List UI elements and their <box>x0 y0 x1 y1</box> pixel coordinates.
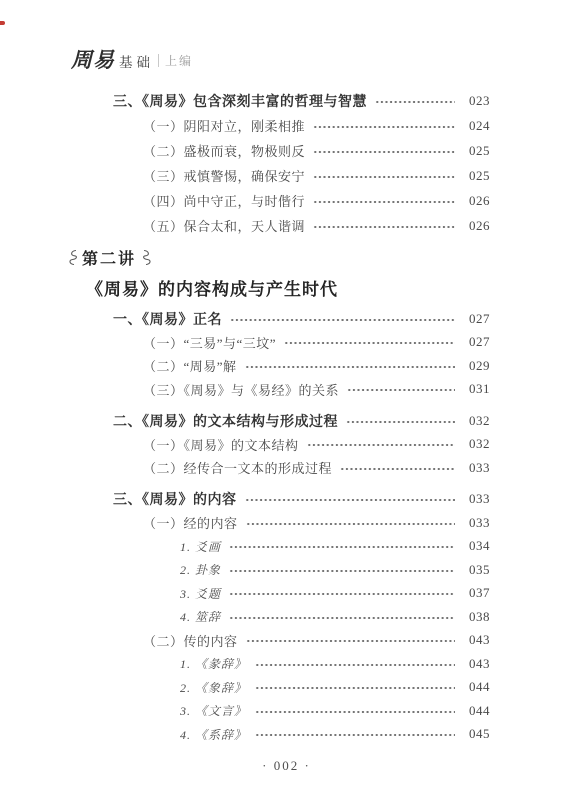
toc-entry: 2. 卦象035 <box>0 558 573 582</box>
toc-entry-page: 044 <box>462 679 490 695</box>
toc-entry-label: （五）保合太和，天人谐调 <box>143 216 305 235</box>
toc-entry: 三、《周易》包含深刻丰富的哲理与智慧023 <box>0 88 573 113</box>
toc-entry: （三）《周易》与《易经》的关系031 <box>0 378 573 402</box>
toc-entry: 1. 爻画034 <box>0 535 573 559</box>
toc-entry-page: 038 <box>462 609 490 625</box>
dot-leader <box>245 360 455 374</box>
dot-leader <box>284 336 455 350</box>
book-title-suffix: 基础 <box>119 51 154 71</box>
toc-entry-page: 037 <box>462 585 490 601</box>
page-number: · 002 · <box>262 758 311 773</box>
dot-leader <box>313 220 455 234</box>
toc-entry-label: （四）尚中守正，与时偕行 <box>143 191 305 210</box>
flourish-left-icon <box>66 249 78 266</box>
toc-entry-label: 4. 筮辞 <box>180 608 221 625</box>
dot-leader <box>375 95 455 109</box>
toc-entry-page: 025 <box>462 143 490 159</box>
toc-entry: （一）《周易》的文本结构032 <box>0 433 573 457</box>
header-divider <box>158 54 159 67</box>
book-title-script: 周易 <box>71 44 115 74</box>
dot-leader <box>313 145 455 159</box>
toc-entry-page: 023 <box>462 93 490 109</box>
lecture-number-row: 第二讲 <box>66 246 573 268</box>
toc-entry-page: 033 <box>462 515 490 531</box>
toc-entry: （二）经传合一文本的形成过程033 <box>0 456 573 480</box>
page-edge-mark <box>0 21 5 25</box>
toc-entry: （一）阴阳对立，刚柔相推024 <box>0 113 573 138</box>
toc-entry-page: 032 <box>462 413 490 429</box>
dot-leader <box>246 634 455 648</box>
toc-entry: 三、《周易》的内容033 <box>0 488 573 512</box>
toc-entry-label: （一）经的内容 <box>143 513 238 532</box>
toc-entry-page: 034 <box>462 538 490 554</box>
toc-entry-label: （一）“三易”与“三坟” <box>143 333 276 352</box>
toc-entry: （五）保合太和，天人谐调026 <box>0 213 573 238</box>
toc-entry-label: 2. 卦象 <box>180 561 221 578</box>
dot-leader <box>229 587 455 601</box>
toc-entry-label: （一）《周易》的文本结构 <box>143 435 299 454</box>
toc-entry-label: 2. 《象辞》 <box>180 679 247 696</box>
toc-entry: （二）传的内容043 <box>0 629 573 653</box>
toc-entry-label: 3. 爻题 <box>180 585 221 602</box>
toc-entry: （二）盛极而衰，物极则反025 <box>0 138 573 163</box>
toc-entry-label: 4. 《系辞》 <box>180 726 247 743</box>
dot-leader <box>230 313 455 327</box>
dot-leader <box>255 681 455 695</box>
dot-leader <box>313 170 455 184</box>
edition-label: 上编 <box>165 52 193 69</box>
table-of-contents: 三、《周易》包含深刻丰富的哲理与智慧023（一）阴阳对立，刚柔相推024（二）盛… <box>0 88 573 746</box>
toc-entry: （一）经的内容033 <box>0 511 573 535</box>
toc-entry-label: 三、《周易》的内容 <box>113 489 237 509</box>
flourish-right-icon <box>142 249 154 266</box>
toc-entry: 3. 《文言》044 <box>0 699 573 723</box>
toc-entry-page: 033 <box>462 491 490 507</box>
dot-leader <box>313 195 455 209</box>
dot-leader <box>229 540 455 554</box>
toc-entry: 1. 《彖辞》043 <box>0 652 573 676</box>
toc-entry-label: （二）经传合一文本的形成过程 <box>143 458 332 477</box>
toc-entry-page: 035 <box>462 562 490 578</box>
dot-leader <box>229 611 455 625</box>
toc-entry-label: （三）《周易》与《易经》的关系 <box>143 380 339 399</box>
toc-entry-label: （一）阴阳对立，刚柔相推 <box>143 116 305 135</box>
toc-entry-label: （二）盛极而衰，物极则反 <box>143 141 305 160</box>
toc-entry-page: 027 <box>462 334 490 350</box>
dot-leader <box>255 705 455 719</box>
toc-entry-label: 三、《周易》包含深刻丰富的哲理与智慧 <box>113 91 367 111</box>
page-footer: · 002 · <box>0 758 573 774</box>
dot-leader <box>255 728 455 742</box>
toc-entry: 二、《周易》的文本结构与形成过程032 <box>0 409 573 433</box>
dot-leader <box>340 462 455 476</box>
toc-entry: 3. 爻题037 <box>0 582 573 606</box>
toc-entry-page: 043 <box>462 656 490 672</box>
toc-entry-label: 二、《周易》的文本结构与形成过程 <box>113 411 338 431</box>
lecture-number: 第二讲 <box>82 246 136 269</box>
toc-entry-label: （三）戒慎警惕，确保安宁 <box>143 166 305 185</box>
toc-entry-page: 029 <box>462 358 490 374</box>
book-page: 周易 基础 上编 三、《周易》包含深刻丰富的哲理与智慧023（一）阴阳对立，刚柔… <box>0 0 573 800</box>
toc-entry-label: 一、《周易》正名 <box>113 309 222 329</box>
dot-leader <box>255 658 455 672</box>
toc-entry-page: 027 <box>462 311 490 327</box>
dot-leader <box>313 120 455 134</box>
toc-entry-page: 025 <box>462 168 490 184</box>
dot-leader <box>307 438 455 452</box>
toc-entry: 一、《周易》正名027 <box>0 307 573 331</box>
toc-entry-label: （二）传的内容 <box>143 631 238 650</box>
dot-leader <box>346 415 455 429</box>
toc-entry: （二）“周易”解029 <box>0 354 573 378</box>
toc-entry-page: 024 <box>462 118 490 134</box>
lecture-title: 《周易》的内容构成与产生时代 <box>86 275 573 300</box>
toc-entry-label: 3. 《文言》 <box>180 702 247 719</box>
toc-entry-page: 026 <box>462 218 490 234</box>
toc-group-1: 三、《周易》包含深刻丰富的哲理与智慧023（一）阴阳对立，刚柔相推024（二）盛… <box>0 88 573 238</box>
toc-entry: 4. 《系辞》045 <box>0 723 573 747</box>
toc-entry-page: 026 <box>462 193 490 209</box>
toc-entry-page: 031 <box>462 381 490 397</box>
lecture-heading: 第二讲 《周易》的内容构成与产生时代 <box>66 246 573 300</box>
toc-entry-label: （二）“周易”解 <box>143 356 237 375</box>
dot-leader <box>245 493 456 507</box>
toc-entry-page: 045 <box>462 726 490 742</box>
toc-entry: （三）戒慎警惕，确保安宁025 <box>0 163 573 188</box>
toc-entry-page: 043 <box>462 632 490 648</box>
dot-leader <box>229 564 455 578</box>
dot-leader <box>246 517 455 531</box>
toc-entry: （一）“三易”与“三坟”027 <box>0 331 573 355</box>
toc-group-2: 一、《周易》正名027（一）“三易”与“三坟”027（二）“周易”解029（三）… <box>0 307 573 746</box>
toc-entry: （四）尚中守正，与时偕行026 <box>0 188 573 213</box>
dot-leader <box>347 383 455 397</box>
toc-entry-page: 033 <box>462 460 490 476</box>
toc-entry-page: 032 <box>462 436 490 452</box>
toc-entry: 2. 《象辞》044 <box>0 676 573 700</box>
running-header: 周易 基础 上编 <box>71 44 193 74</box>
toc-entry-label: 1. 爻画 <box>180 538 221 555</box>
toc-entry-label: 1. 《彖辞》 <box>180 655 247 672</box>
toc-entry-page: 044 <box>462 703 490 719</box>
toc-entry: 4. 筮辞038 <box>0 605 573 629</box>
